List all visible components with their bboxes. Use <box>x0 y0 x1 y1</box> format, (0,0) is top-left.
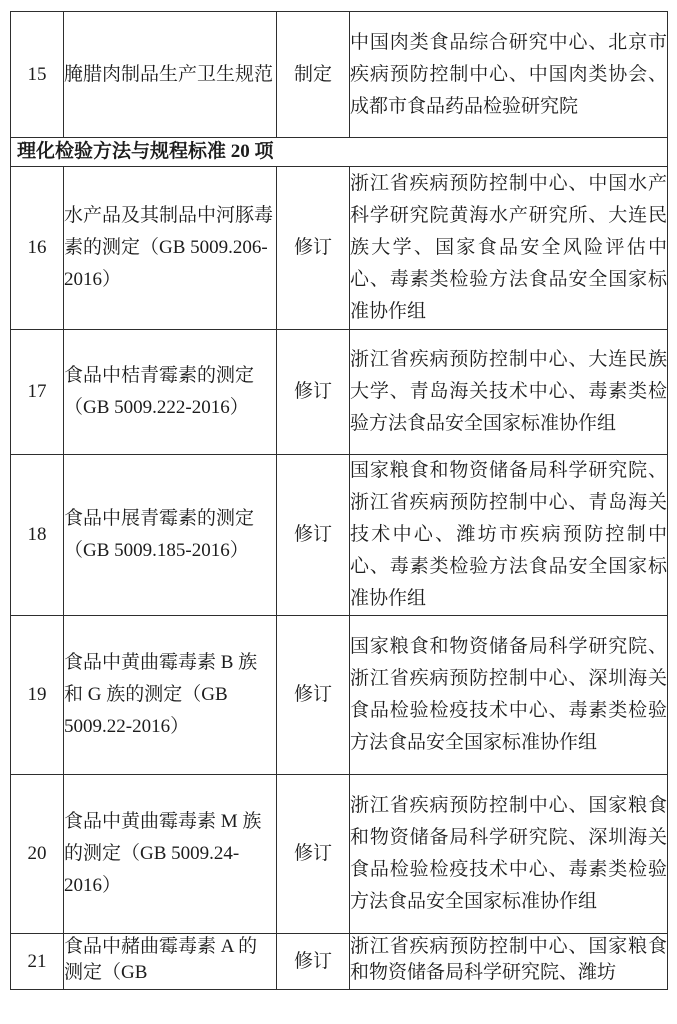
standards-table: 15 腌腊肉制品生产卫生规范 制定 中国肉类食品综合研究中心、北京市疾病预防控制… <box>10 11 668 990</box>
table-row: 16 水产品及其制品中河豚毒素的测定（GB 5009.206-2016） 修订 … <box>11 167 668 330</box>
clipped-text: 浙江省疾病预防控制中心、国家粮食和物资储备局科学研究院、潍坊 <box>350 934 667 986</box>
action-type-cell: 修订 <box>277 167 350 330</box>
action-type-cell: 修订 <box>277 616 350 775</box>
standard-name-cell: 食品中黄曲霉毒素 M 族的测定（GB 5009.24-2016） <box>64 775 277 934</box>
organizations-cell: 中国肉类食品综合研究中心、北京市疾病预防控制中心、中国肉类协会、成都市食品药品检… <box>350 12 668 138</box>
standard-name-cell: 水产品及其制品中河豚毒素的测定（GB 5009.206-2016） <box>64 167 277 330</box>
row-number: 15 <box>11 12 64 138</box>
action-type-cell: 修订 <box>277 330 350 455</box>
organizations-cell: 国家粮食和物资储备局科学研究院、浙江省疾病预防控制中心、深圳海关食品检验检疫技术… <box>350 616 668 775</box>
clipped-text: 食品中赭曲霉毒素 A 的测定（GB <box>64 934 276 986</box>
row-number: 21 <box>11 934 64 990</box>
section-header-row: 理化检验方法与规程标准 20 项 <box>11 138 668 167</box>
table-row: 18 食品中展青霉素的测定（GB 5009.185-2016） 修订 国家粮食和… <box>11 455 668 616</box>
action-type-cell: 修订 <box>277 775 350 934</box>
organizations-cell: 浙江省疾病预防控制中心、国家粮食和物资储备局科学研究院、深圳海关食品检验检疫技术… <box>350 775 668 934</box>
document-page: 15 腌腊肉制品生产卫生规范 制定 中国肉类食品综合研究中心、北京市疾病预防控制… <box>0 0 677 1024</box>
table-row: 15 腌腊肉制品生产卫生规范 制定 中国肉类食品综合研究中心、北京市疾病预防控制… <box>11 12 668 138</box>
row-number: 16 <box>11 167 64 330</box>
standard-name-cell: 食品中展青霉素的测定（GB 5009.185-2016） <box>64 455 277 616</box>
action-type-cell: 修订 <box>277 455 350 616</box>
organizations-cell: 浙江省疾病预防控制中心、中国水产科学研究院黄海水产研究所、大连民族大学、国家食品… <box>350 167 668 330</box>
row-number: 17 <box>11 330 64 455</box>
table-row: 20 食品中黄曲霉毒素 M 族的测定（GB 5009.24-2016） 修订 浙… <box>11 775 668 934</box>
standard-name-cell: 食品中桔青霉素的测定（GB 5009.222-2016） <box>64 330 277 455</box>
standard-name-cell: 食品中黄曲霉毒素 B 族和 G 族的测定（GB 5009.22-2016） <box>64 616 277 775</box>
organizations-cell: 浙江省疾病预防控制中心、大连民族大学、青岛海关技术中心、毒素类检验方法食品安全国… <box>350 330 668 455</box>
action-type-cell: 修订 <box>277 934 350 990</box>
organizations-cell: 国家粮食和物资储备局科学研究院、浙江省疾病预防控制中心、青岛海关技术中心、潍坊市… <box>350 455 668 616</box>
standard-name-cell: 食品中赭曲霉毒素 A 的测定（GB <box>64 934 277 990</box>
table-row: 19 食品中黄曲霉毒素 B 族和 G 族的测定（GB 5009.22-2016）… <box>11 616 668 775</box>
section-header-cell: 理化检验方法与规程标准 20 项 <box>11 138 668 167</box>
standard-name-cell: 腌腊肉制品生产卫生规范 <box>64 12 277 138</box>
row-number: 18 <box>11 455 64 616</box>
row-number: 20 <box>11 775 64 934</box>
organizations-cell: 浙江省疾病预防控制中心、国家粮食和物资储备局科学研究院、潍坊 <box>350 934 668 990</box>
action-type-cell: 制定 <box>277 12 350 138</box>
row-number: 19 <box>11 616 64 775</box>
table-row-clipped: 21 食品中赭曲霉毒素 A 的测定（GB 修订 浙江省疾病预防控制中心、国家粮食… <box>11 934 668 990</box>
table-row: 17 食品中桔青霉素的测定（GB 5009.222-2016） 修订 浙江省疾病… <box>11 330 668 455</box>
